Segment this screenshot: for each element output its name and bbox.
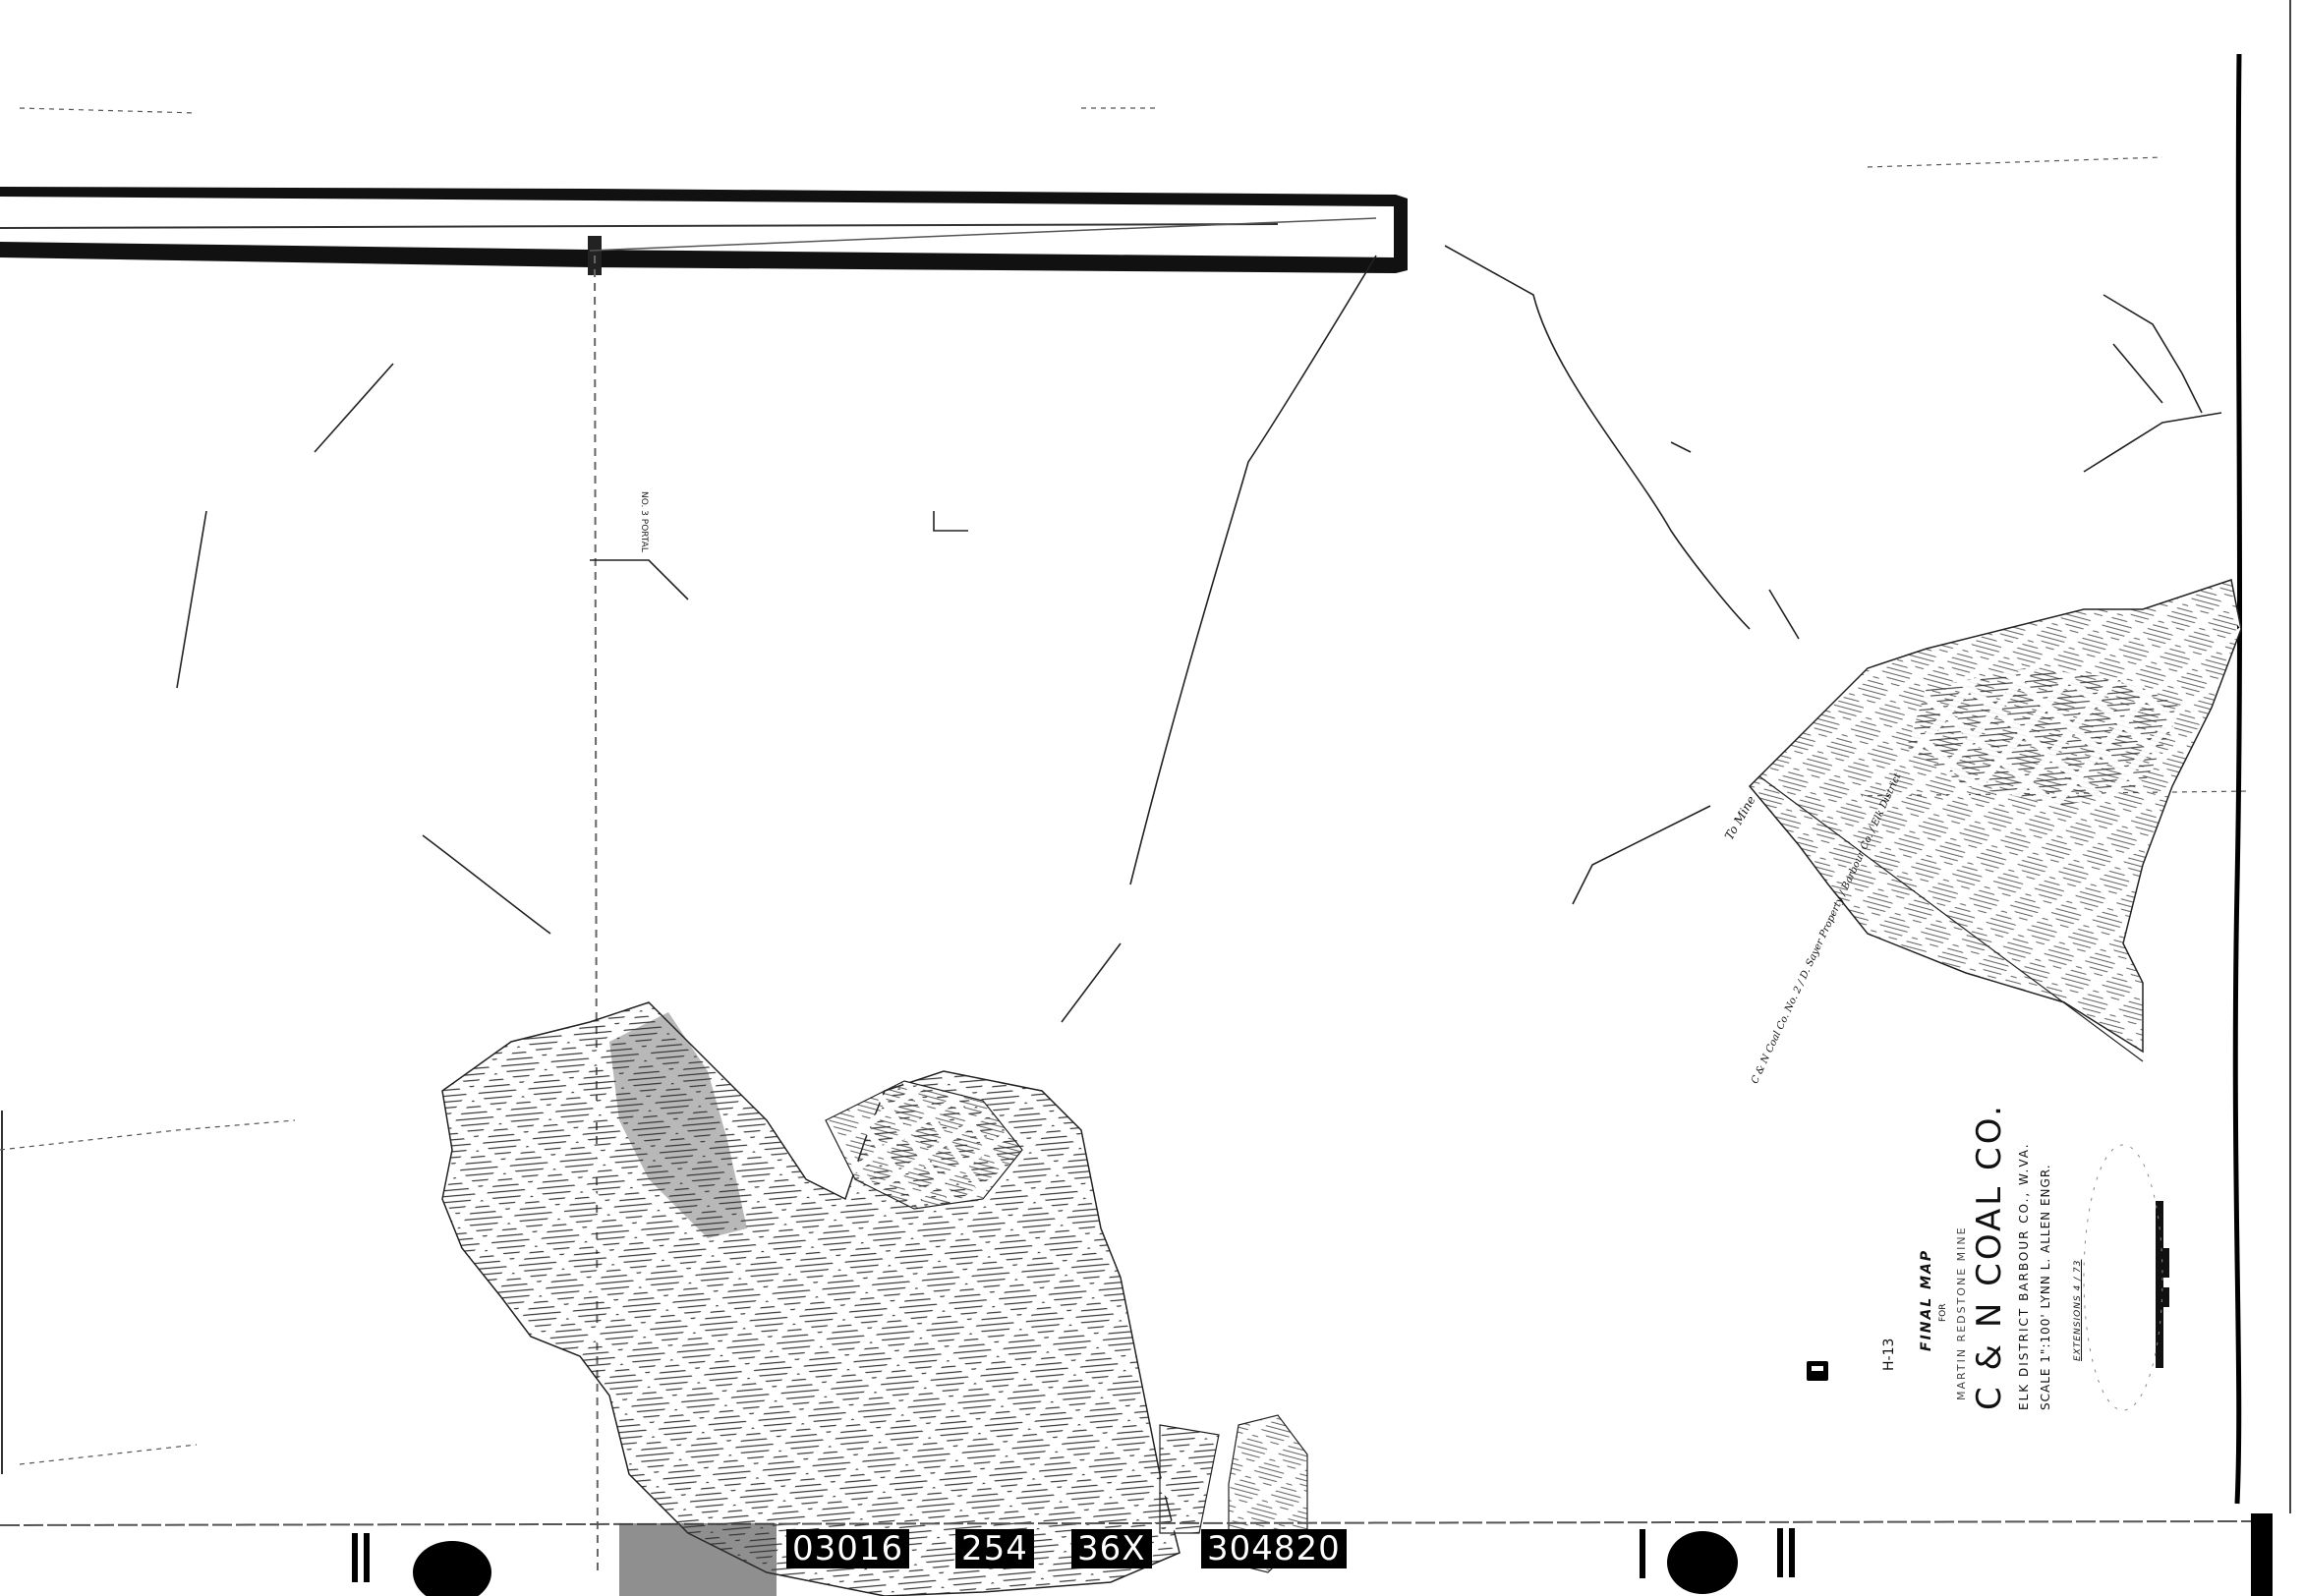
title-block: H-13 FINAL MAP FOR MARTIN REDSTONE MINE … — [1863, 1145, 2118, 1420]
film-label-reduction: 36X — [1071, 1529, 1152, 1568]
mine-workings-east — [1750, 580, 2241, 1061]
mine-name: MARTIN REDSTONE MINE — [1956, 1225, 1967, 1400]
sheet-id: H-13 — [1882, 1339, 1896, 1371]
company-name: C & N COAL CO. — [1973, 1103, 2006, 1410]
portal-annotation: NO. 3 PORTAL — [639, 491, 649, 552]
map-heading: FINAL MAP — [1920, 1249, 1933, 1351]
map-border-right — [2235, 54, 2239, 1504]
district-county: ELK DISTRICT BARBOUR CO., W.VA. — [2018, 1142, 2030, 1410]
film-label-document: 304820 — [1201, 1529, 1347, 1568]
sheet-marker-glyph — [1812, 1366, 1823, 1371]
scale-engineer: SCALE 1":100' LYNN L. ALLEN ENGR. — [2040, 1164, 2051, 1410]
extensions-note: EXTENSIONS 4 / 73 — [2074, 1260, 2083, 1361]
for-label: FOR — [1939, 1303, 1948, 1322]
film-label-frame: 254 — [955, 1529, 1034, 1568]
film-overlap-bar — [0, 187, 1408, 275]
map-border-edge — [2251, 1513, 2273, 1596]
film-label-reel: 03016 — [786, 1529, 909, 1568]
mine-workings-southwest — [442, 1002, 1307, 1596]
sheet-marker — [1807, 1361, 1828, 1381]
